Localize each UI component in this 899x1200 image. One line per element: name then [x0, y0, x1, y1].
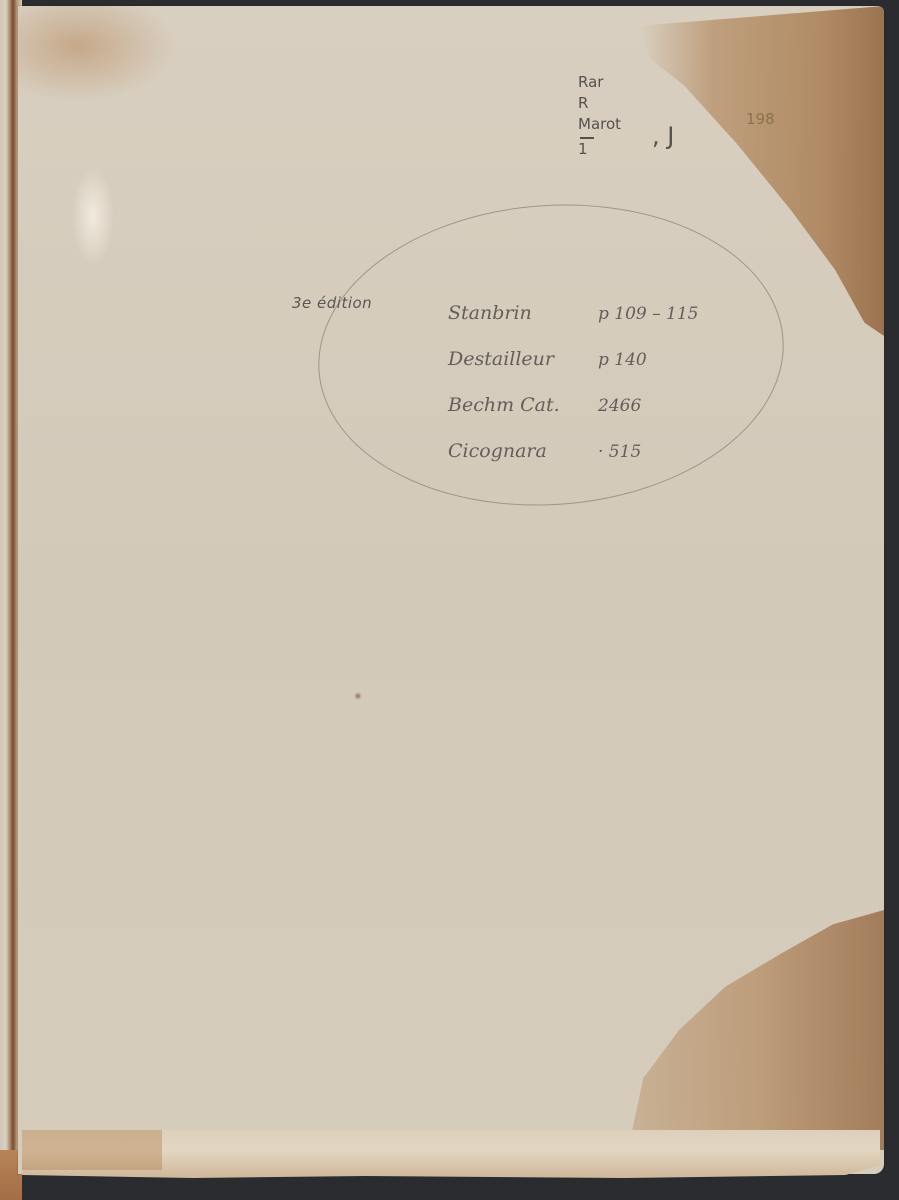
reference-name: Destailleur	[448, 348, 578, 370]
reference-name: Cicognara	[448, 440, 578, 462]
shelfmark-line: R	[578, 93, 621, 114]
edition-note: 3e édition	[292, 294, 372, 312]
scanned-page-view: Rar R Marot 1 , J 198 3e édition Stanbri…	[0, 0, 899, 1200]
shelfmark-line: Rar	[578, 72, 621, 93]
reference-name: Bechm Cat.	[448, 394, 578, 416]
shelfmark-line: 1	[578, 139, 621, 160]
reference-value: p 109 – 115	[598, 304, 699, 324]
reference-value: p 140	[598, 350, 647, 370]
deckled-bottom-edge	[22, 1130, 880, 1180]
reference-value: · 515	[598, 442, 641, 462]
shelfmark-line: Marot	[578, 114, 621, 135]
reference-value: 2466	[598, 396, 641, 416]
reference-row: Stanbrin p 109 – 115	[448, 278, 699, 324]
reference-row: Destailleur p 140	[448, 324, 699, 370]
reference-row: Bechm Cat. 2466	[448, 370, 699, 416]
bibliographic-references: Stanbrin p 109 – 115 Destailleur p 140 B…	[448, 278, 699, 462]
shelfmark: Rar R Marot 1	[578, 72, 621, 160]
reference-row: Cicognara · 515	[448, 416, 699, 462]
faint-pencil-number: 198	[746, 110, 775, 128]
reference-name: Stanbrin	[448, 302, 578, 324]
shelfmark-suffix: , J	[652, 122, 674, 150]
